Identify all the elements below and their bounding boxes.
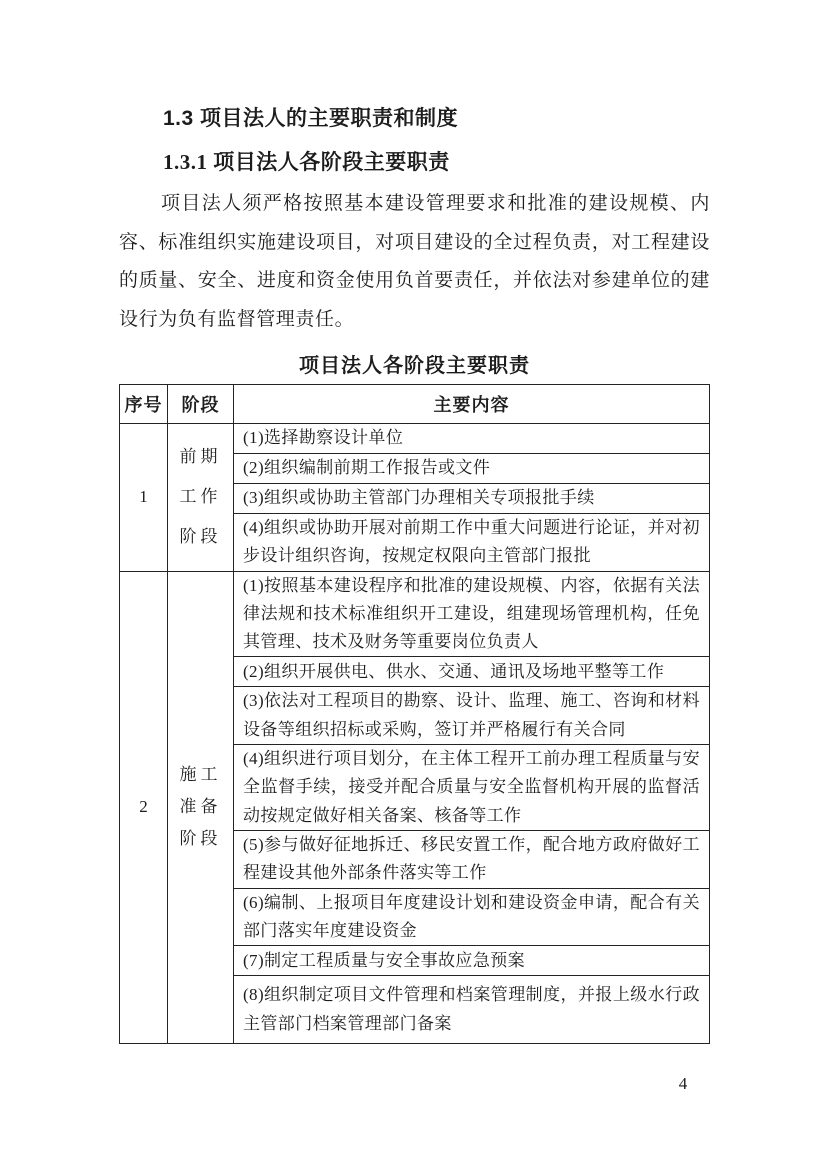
section-heading: 1.3 项目法人的主要职责和制度 [119, 104, 710, 134]
content-cell: (4)组织或协助开展对前期工作中重大问题进行论证，并对初步设计组织咨询，按规定权… [234, 514, 710, 572]
table-row: 2 施工 准备 阶段 (1)按照基本建设程序和批准的建设规模、内容，依据有关法律… [120, 571, 710, 657]
table-row: 1 前期 工作 阶段 (1)选择勘察设计单位 [120, 424, 710, 454]
responsibilities-table: 序号 阶段 主要内容 1 前期 工作 阶段 (1)选择勘察设计单位 (2)组织编… [119, 384, 710, 1044]
content-cell: (7)制定工程质量与安全事故应急预案 [234, 946, 710, 976]
header-main-content: 主要内容 [234, 385, 710, 424]
table-header-row: 序号 阶段 主要内容 [120, 385, 710, 424]
body-paragraph: 项目法人须严格按照基本建设管理要求和批准的建设规模、内容、标准组织实施建设项目，… [119, 185, 710, 339]
content-cell: (2)组织开展供电、供水、交通、通讯及场地平整等工作 [234, 657, 710, 687]
content-cell: (3)组织或协助主管部门办理相关专项报批手续 [234, 484, 710, 514]
header-stage: 阶段 [168, 385, 234, 424]
page-number: 4 [670, 1074, 696, 1094]
stage-cell: 前期 工作 阶段 [168, 424, 234, 572]
content-cell: (5)参与做好征地拆迁、移民安置工作，配合地方政府做好工程建设其他外部条件落实等… [234, 830, 710, 888]
content-cell: (1)选择勘察设计单位 [234, 424, 710, 454]
header-seq-no: 序号 [120, 385, 168, 424]
content-cell: (8)组织制定项目文件管理和档案管理制度，并报上级水行政主管部门档案管理部门备案 [234, 976, 710, 1044]
content-cell: (1)按照基本建设程序和批准的建设规模、内容，依据有关法律法规和技术标准组织开工… [234, 571, 710, 657]
seq-no-cell: 2 [120, 571, 168, 1044]
page-content: 1.3 项目法人的主要职责和制度 1.3.1 项目法人各阶段主要职责 项目法人须… [119, 104, 710, 1044]
content-cell: (4)组织进行项目划分，在主体工程开工前办理工程质量与安全监督手续，接受并配合质… [234, 745, 710, 831]
seq-no-cell: 1 [120, 424, 168, 572]
content-cell: (2)组织编制前期工作报告或文件 [234, 454, 710, 484]
stage-cell: 施工 准备 阶段 [168, 571, 234, 1044]
subsection-heading: 1.3.1 项目法人各阶段主要职责 [119, 147, 710, 177]
content-cell: (6)编制、上报项目年度建设计划和建设资金申请，配合有关部门落实年度建设资金 [234, 888, 710, 946]
content-cell: (3)依法对工程项目的勘察、设计、监理、施工、咨询和材料设备等组织招标或采购，签… [234, 687, 710, 745]
document-page: { "heading1": "1.3 项目法人的主要职责和制度", "headi… [0, 0, 826, 1169]
table-title: 项目法人各阶段主要职责 [119, 349, 710, 378]
